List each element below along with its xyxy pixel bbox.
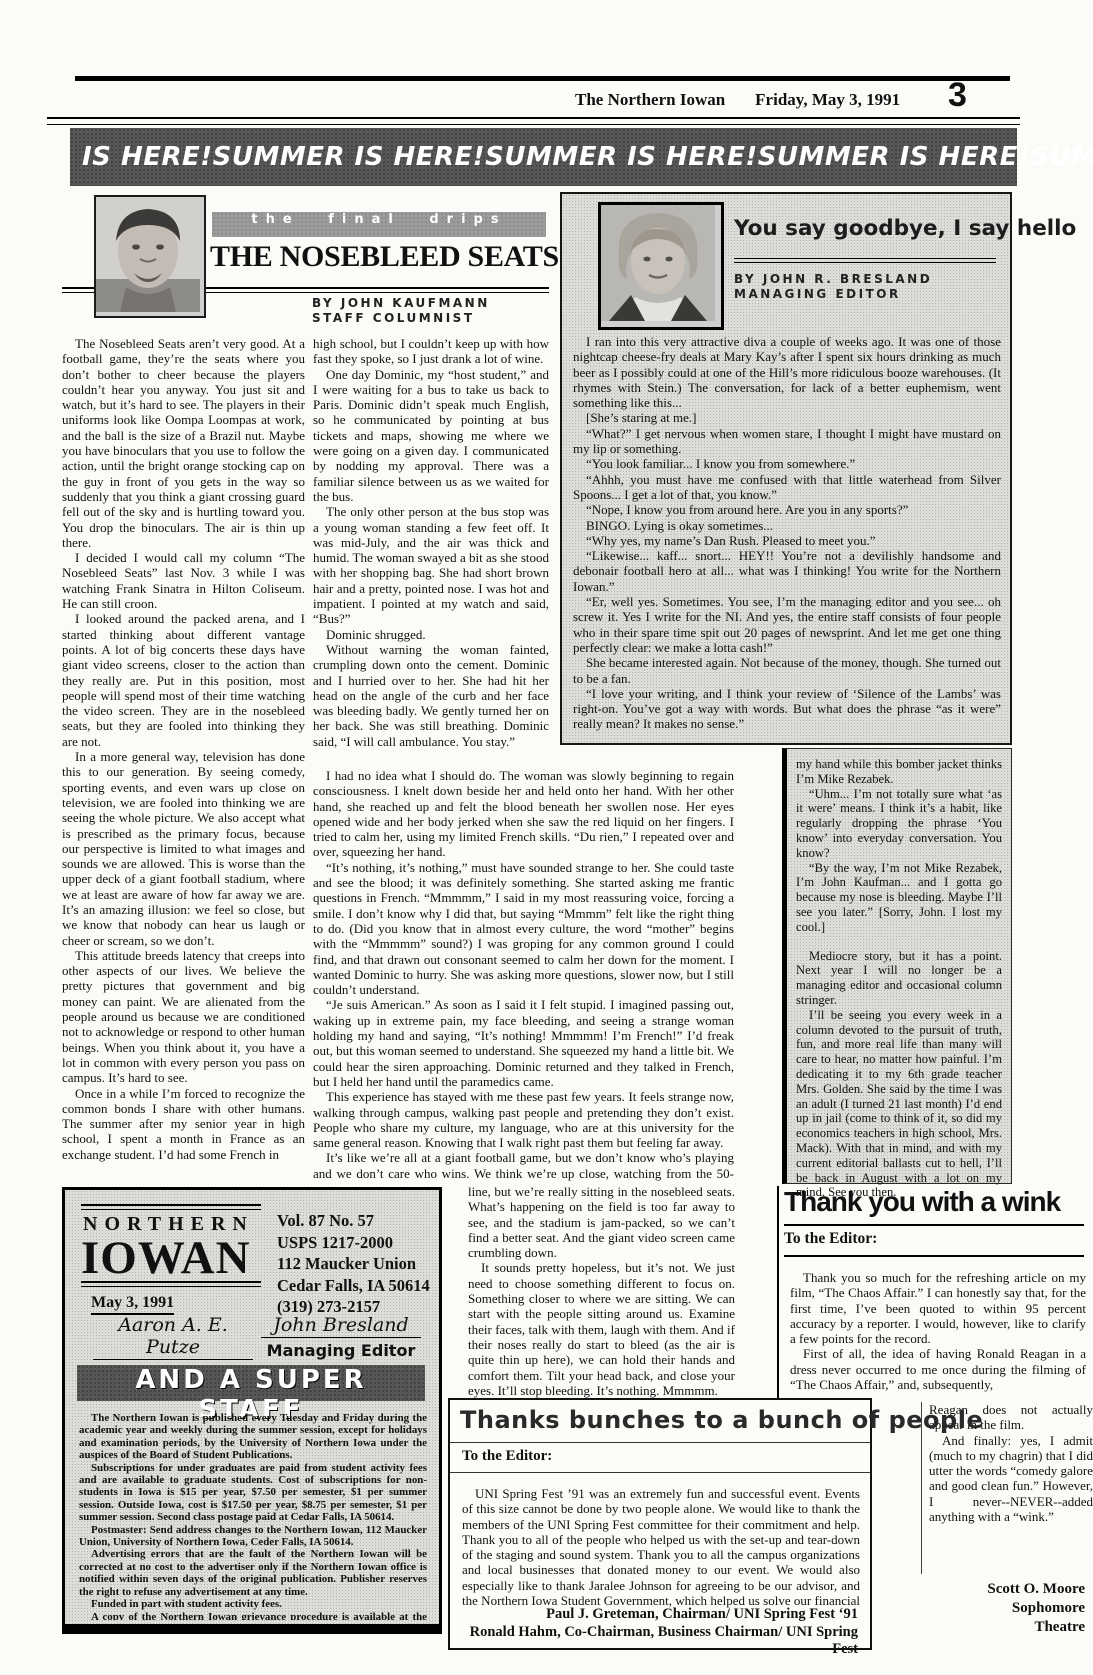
banner-segment: SUMMER IS HERE! [1030,142,1093,172]
paragraph: UNI Spring Fest ’91 was an extremely fun… [462,1486,860,1608]
paragraph: “You look familiar... I know you from so… [573,456,1001,471]
paragraph: It’s like we’re all at a giant football … [313,1150,734,1184]
byline-title: MANAGING EDITOR [734,287,932,302]
kaufmann-headshot-illustration [96,197,200,312]
paragraph: BINGO. Lying is okay sometimes... [573,518,1001,533]
banner-segment: IS HERE! [82,142,213,172]
paragraph: “Ahhh, you must have me confused with th… [573,472,1001,503]
paragraph: Scott O. Moore [921,1580,1085,1599]
bunches-letter-box: Thanks bunches to a bunch of people To t… [448,1398,872,1650]
logo-rule-top [81,1204,261,1210]
paragraph: “Likewise... kaff... snort... HEY!! You’… [573,548,1001,594]
paragraph: I decided I would call my column “The No… [62,550,305,611]
paragraph: One day Dominic, my “host student,” and … [313,367,549,505]
goodbye-body-text: I ran into this very attractive diva a c… [573,334,1001,734]
nosebleed-wide-column: I had no idea what I should do. The woma… [313,768,734,1184]
wink-letter-body: Thank you so much for the refreshing art… [790,1270,1086,1400]
paragraph: 112 Maucker Union [277,1253,437,1275]
paragraph: “It’s nothing, it’s nothing,” must have … [313,860,734,998]
byline-title: STAFF COLUMNIST [312,311,490,326]
paragraph: First of all, the idea of having Ronald … [790,1346,1086,1392]
paragraph: The only other person at the bus stop wa… [313,504,549,626]
paragraph: USPS 1217-2000 [277,1232,437,1254]
goodbye-headline: You say goodbye, I say hello [734,216,1006,241]
goodbye-byline: BY JOHN R. BRESLAND MANAGING EDITOR [734,272,932,302]
paragraph: line, but we’re really sitting in the no… [468,1184,735,1260]
banner-segment: SUMMER IS HERE! [485,142,758,172]
bunches-signatures: Paul J. Greteman, Chairman/ UNI Spring F… [458,1606,858,1659]
nosebleed-column-2: high school, but I couldn’t keep up with… [313,336,549,764]
paragraph: It sounds pretty hopeless, but it’s not.… [468,1260,735,1398]
paragraph: “What?” I get nervous when women stare, … [573,426,1001,457]
bunches-headline: Thanks bunches to a bunch of people [460,1406,864,1434]
paragraph: This experience has stayed with me these… [313,1089,734,1150]
masthead-fine-print: The Northern Iowan is published every Tu… [79,1412,427,1620]
paragraph: “Uhm... I’m not totally sure what ‘as it… [796,787,1002,861]
byline-author: BY JOHN KAUFMANN [312,296,490,311]
paragraph: A copy of the Northern Iowan grievance p… [79,1611,427,1621]
nosebleed-byline: BY JOHN KAUFMANN STAFF COLUMNIST [312,296,490,326]
bunches-letter-body: UNI Spring Fest ’91 was an extremely fun… [462,1486,860,1608]
paragraph: “Er, well yes. Sometimes. You see, I’m t… [573,594,1001,655]
masthead-name-bottom: IOWAN [81,1236,261,1281]
newspaper-page: The Northern Iowan Friday, May 3, 1991 3… [0,0,1093,1675]
paragraph: my hand while this bomber jacket thinks … [796,757,1002,787]
column-divider-rule [777,1186,779,1400]
goodbye-article-box: You say goodbye, I say hello BY JOHN R. … [560,192,1012,745]
paragraph: “By the way, I’m not Mike Rezabek, I’m J… [796,861,1002,935]
managing-editor: John Bresland Managing Editor [261,1314,421,1360]
paragraph: Advertising errors that are the fault of… [79,1548,427,1598]
managing-editor-name: John Bresland [261,1314,421,1338]
paragraph: Theatre [921,1618,1085,1637]
paragraph: Subscriptions for under graduates are pa… [79,1462,427,1524]
paragraph: The Nosebleed Seats aren’t very good. At… [62,336,305,550]
paragraph: Cedar Falls, IA 50614 [277,1275,437,1297]
wink-rule-upper [784,1224,1084,1226]
page-header: The Northern Iowan Friday, May 3, 1991 [575,90,920,110]
masthead-date: May 3, 1991 [91,1294,174,1315]
paragraph: “Why yes, my name’s Dan Rush. Pleased to… [573,533,1001,548]
bresland-photo [598,202,724,330]
wink-salutation: To the Editor: [784,1230,877,1248]
page-number: 3 [948,76,967,115]
paragraph: Thank you so much for the refreshing art… [790,1270,1086,1346]
nosebleed-column-1: The Nosebleed Seats aren’t very good. At… [62,336,305,1181]
paragraph: I had no idea what I should do. The woma… [313,768,734,860]
paragraph: Mediocre story, but it has a point. Next… [796,949,1002,1008]
masthead-box: NORTHERN IOWAN May 3, 1991 Vol. 87 No. 5… [62,1187,442,1634]
top-rule [75,76,1010,81]
paragraph: And finally: yes, I admit (much to my ch… [929,1433,1093,1525]
header-rule-lower [47,124,1020,125]
paragraph: “I love your writing, and I think your r… [573,686,1001,732]
super-staff-banner: AND A SUPER STAFF [77,1365,425,1401]
paragraph: Vol. 87 No. 57 [277,1210,437,1232]
nosebleed-headline: THE NOSEBLEED SEATS [210,240,550,274]
paragraph: I looked around the packed arena, and I … [62,611,305,749]
masthead-logo: NORTHERN IOWAN May 3, 1991 [81,1204,261,1315]
paragraph: This attitude breeds latency that creeps… [62,948,305,1086]
summer-banner: IS HERE! SUMMER IS HERE! SUMMER IS HERE!… [70,128,1017,186]
goodbye-closing-text: Mediocre story, but it has a point. Next… [796,949,1002,1201]
masthead-info: Vol. 87 No. 57USPS 1217-2000112 Maucker … [277,1210,437,1318]
paragraph: Postmaster: Send address changes to the … [79,1524,427,1549]
paragraph: She became interested again. Not because… [573,655,1001,686]
issue-date: Friday, May 3, 1991 [755,90,900,110]
paragraph: high school, but I couldn’t keep up with… [313,336,549,367]
paragraph: Without warning the woman fainted, crump… [313,642,549,749]
executive-editor-name: Aaron A. E. Putze [93,1314,253,1360]
wink-letter-headline: Thank you with a wink [784,1186,1090,1218]
nosebleed-narrow-column: line, but we’re really sitting in the no… [468,1184,735,1398]
paragraph: “Je suis American.” As soon as I said it… [313,997,734,1089]
goodbye-headline-rule [734,258,996,263]
goodbye-continuation-box: my hand while this bomber jacket thinks … [782,748,1012,1184]
paragraph: How pathetic. I’m standing outside of Ma… [573,732,1001,734]
bunches-salutation: To the Editor: [462,1448,552,1465]
paragraph: Paul J. Greteman, Chairman/ UNI Spring F… [458,1606,858,1624]
paragraph: I’ll be seeing you every week in a colum… [796,1008,1002,1200]
byline-author: BY JOHN R. BRESLAND [734,272,932,287]
paragraph: “Nope, I know you from around here. Are … [573,502,1001,517]
paragraph: Funded in part with student activity fee… [79,1598,427,1610]
kaufmann-photo [94,195,206,318]
wink-letter-signature: Scott O. MooreSophomoreTheatre [921,1580,1085,1637]
paragraph: Ronald Hahm, Co-Chairman, Business Chair… [458,1624,858,1659]
header-rule-upper [47,117,1020,119]
bunches-rule-upper [450,1442,870,1443]
goodbye-continuation-text: my hand while this bomber jacket thinks … [796,757,1002,935]
managing-editor-title: Managing Editor [261,1341,421,1360]
wink-rule-lower [784,1255,1084,1257]
column-kicker: the final drips [212,212,546,237]
banner-segment: SUMMER IS HERE! [213,142,486,172]
paragraph: In a more general way, television has do… [62,749,305,948]
bresland-headshot-illustration [601,205,715,321]
publication-name: The Northern Iowan [575,90,725,110]
paragraph: The Northern Iowan is published every Tu… [79,1412,427,1462]
paragraph: Dominic shrugged. [313,627,549,642]
paragraph: Sophomore [921,1599,1085,1618]
paragraph: I ran into this very attractive diva a c… [573,334,1001,410]
paragraph: Once in a while I’m forced to recognize … [62,1086,305,1162]
banner-segment: SUMMER IS HERE! [758,142,1031,172]
bunches-rule-lower [450,1472,870,1473]
paragraph: [She’s staring at me.] [573,410,1001,425]
